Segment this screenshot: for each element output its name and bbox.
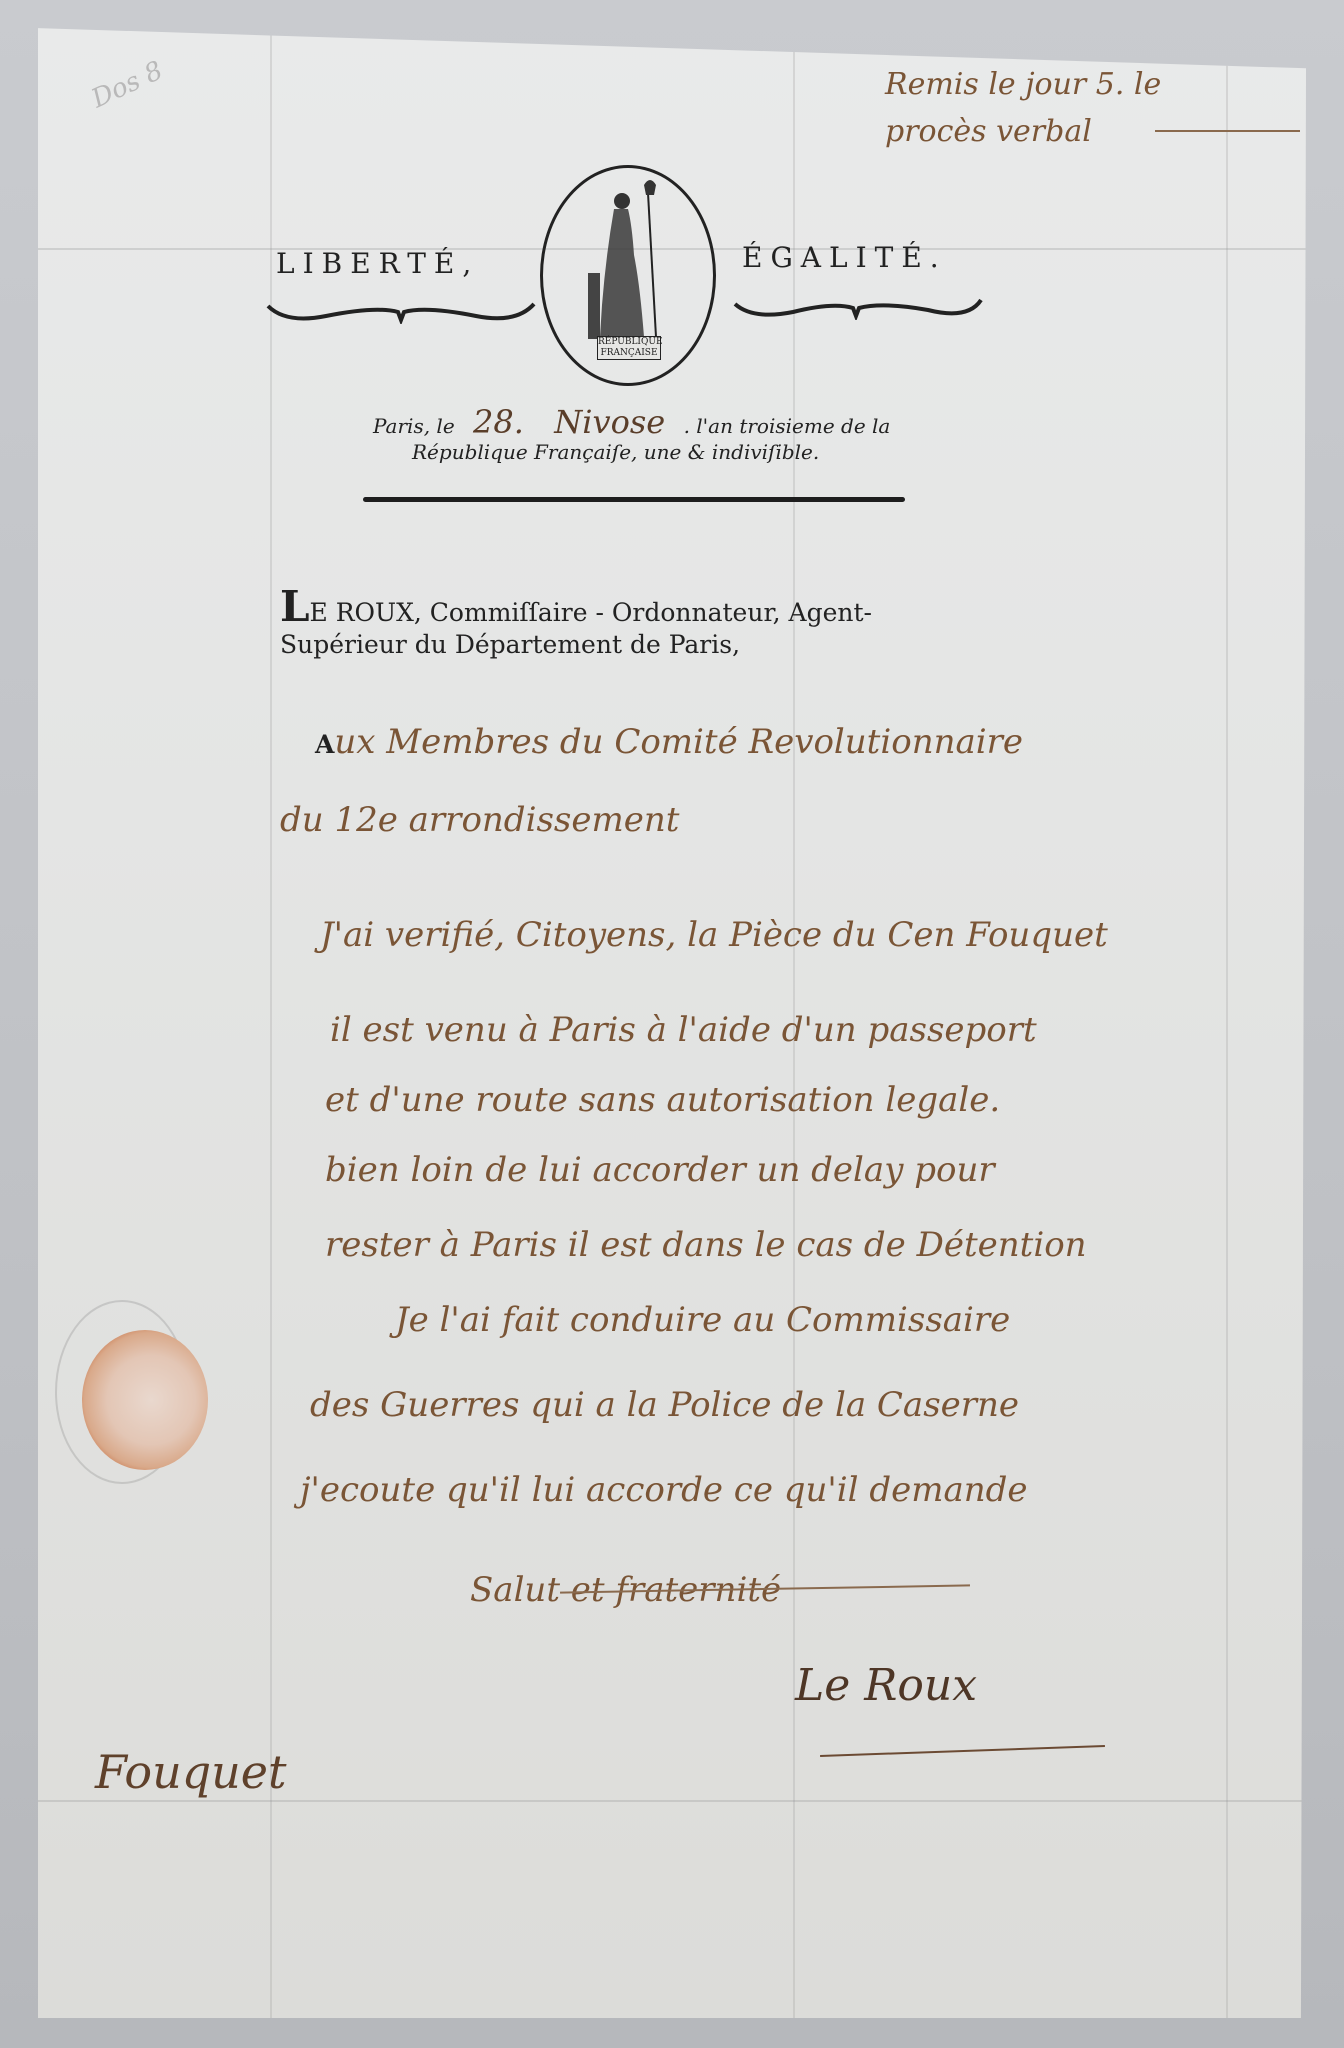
ornament-bracket-right — [733, 296, 983, 320]
sender-line-2: Supérieur du Département de Paris, — [280, 630, 740, 659]
annotation-line-1: Remis le jour 5. le — [885, 62, 1285, 109]
fold-crease-horizontal-bottom — [38, 1800, 1306, 1802]
seal-text-francaise: FRANÇAISE — [598, 348, 660, 359]
seal-text-republique: RÉPUBLIQUE — [598, 337, 660, 348]
fold-crease-vertical-right — [1226, 8, 1228, 2018]
body-line-2: il est venu à Paris à l'aide d'un passep… — [330, 1010, 1037, 1050]
addressee-printed-a: A — [315, 730, 334, 759]
dateline-suffix: . l'an troisieme de la — [684, 414, 891, 438]
addressee-line-2: du 12e arrondissement — [280, 800, 679, 840]
motto-liberte: LIBERTÉ, — [276, 247, 479, 280]
ornament-bracket-left — [266, 300, 536, 324]
annotation-underline — [1155, 130, 1300, 132]
letterhead-rule — [363, 497, 905, 502]
dateline-republic: République Françaiſe, une & indiviſible. — [412, 440, 819, 464]
sender-title: E ROUX, Commiſſaire - Ordonnateur, Agent… — [310, 598, 872, 627]
dateline: Paris, le 28. Nivose . l'an troisieme de… — [373, 403, 890, 441]
endorsement-fouquet: Fouquet — [95, 1745, 287, 1799]
body-line-4: bien loin de lui accorder un delay pour — [325, 1150, 995, 1190]
signature: Le Roux — [795, 1660, 977, 1711]
addressee-text: ux Membres du Comité Revolutionnaire — [334, 722, 1023, 762]
body-line-1: J'ai verifié, Citoyens, la Pièce du Cen … — [320, 915, 1108, 955]
body-line-6: Je l'ai fait conduire au Commissaire — [395, 1300, 1010, 1340]
dateline-prefix: Paris, le — [373, 414, 455, 438]
addressee-line-1: Aux Membres du Comité Revolutionnaire — [315, 722, 1023, 762]
sender-line-1: LE ROUX, Commiſſaire - Ordonnateur, Agen… — [280, 582, 872, 631]
motto-egalite: ÉGALITÉ. — [742, 241, 947, 274]
dateline-month: Nivose — [554, 403, 665, 441]
body-line-3: et d'une route sans autorisation legale. — [325, 1080, 1000, 1120]
wax-seal-remnant — [82, 1330, 208, 1470]
sender-dropcap: L — [280, 582, 310, 631]
top-right-annotation: Remis le jour 5. le procès verbal — [885, 62, 1285, 155]
dateline-day: 28. — [473, 403, 524, 441]
body-line-5: rester à Paris il est dans le cas de Dét… — [325, 1225, 1087, 1265]
seal-inscription: RÉPUBLIQUE FRANÇAISE — [597, 336, 661, 360]
body-line-7: des Guerres qui a la Police de la Casern… — [310, 1385, 1019, 1425]
republic-seal: RÉPUBLIQUE FRANÇAISE — [540, 165, 716, 386]
body-line-8: j'ecoute qu'il lui accorde ce qu'il dema… — [300, 1470, 1028, 1510]
